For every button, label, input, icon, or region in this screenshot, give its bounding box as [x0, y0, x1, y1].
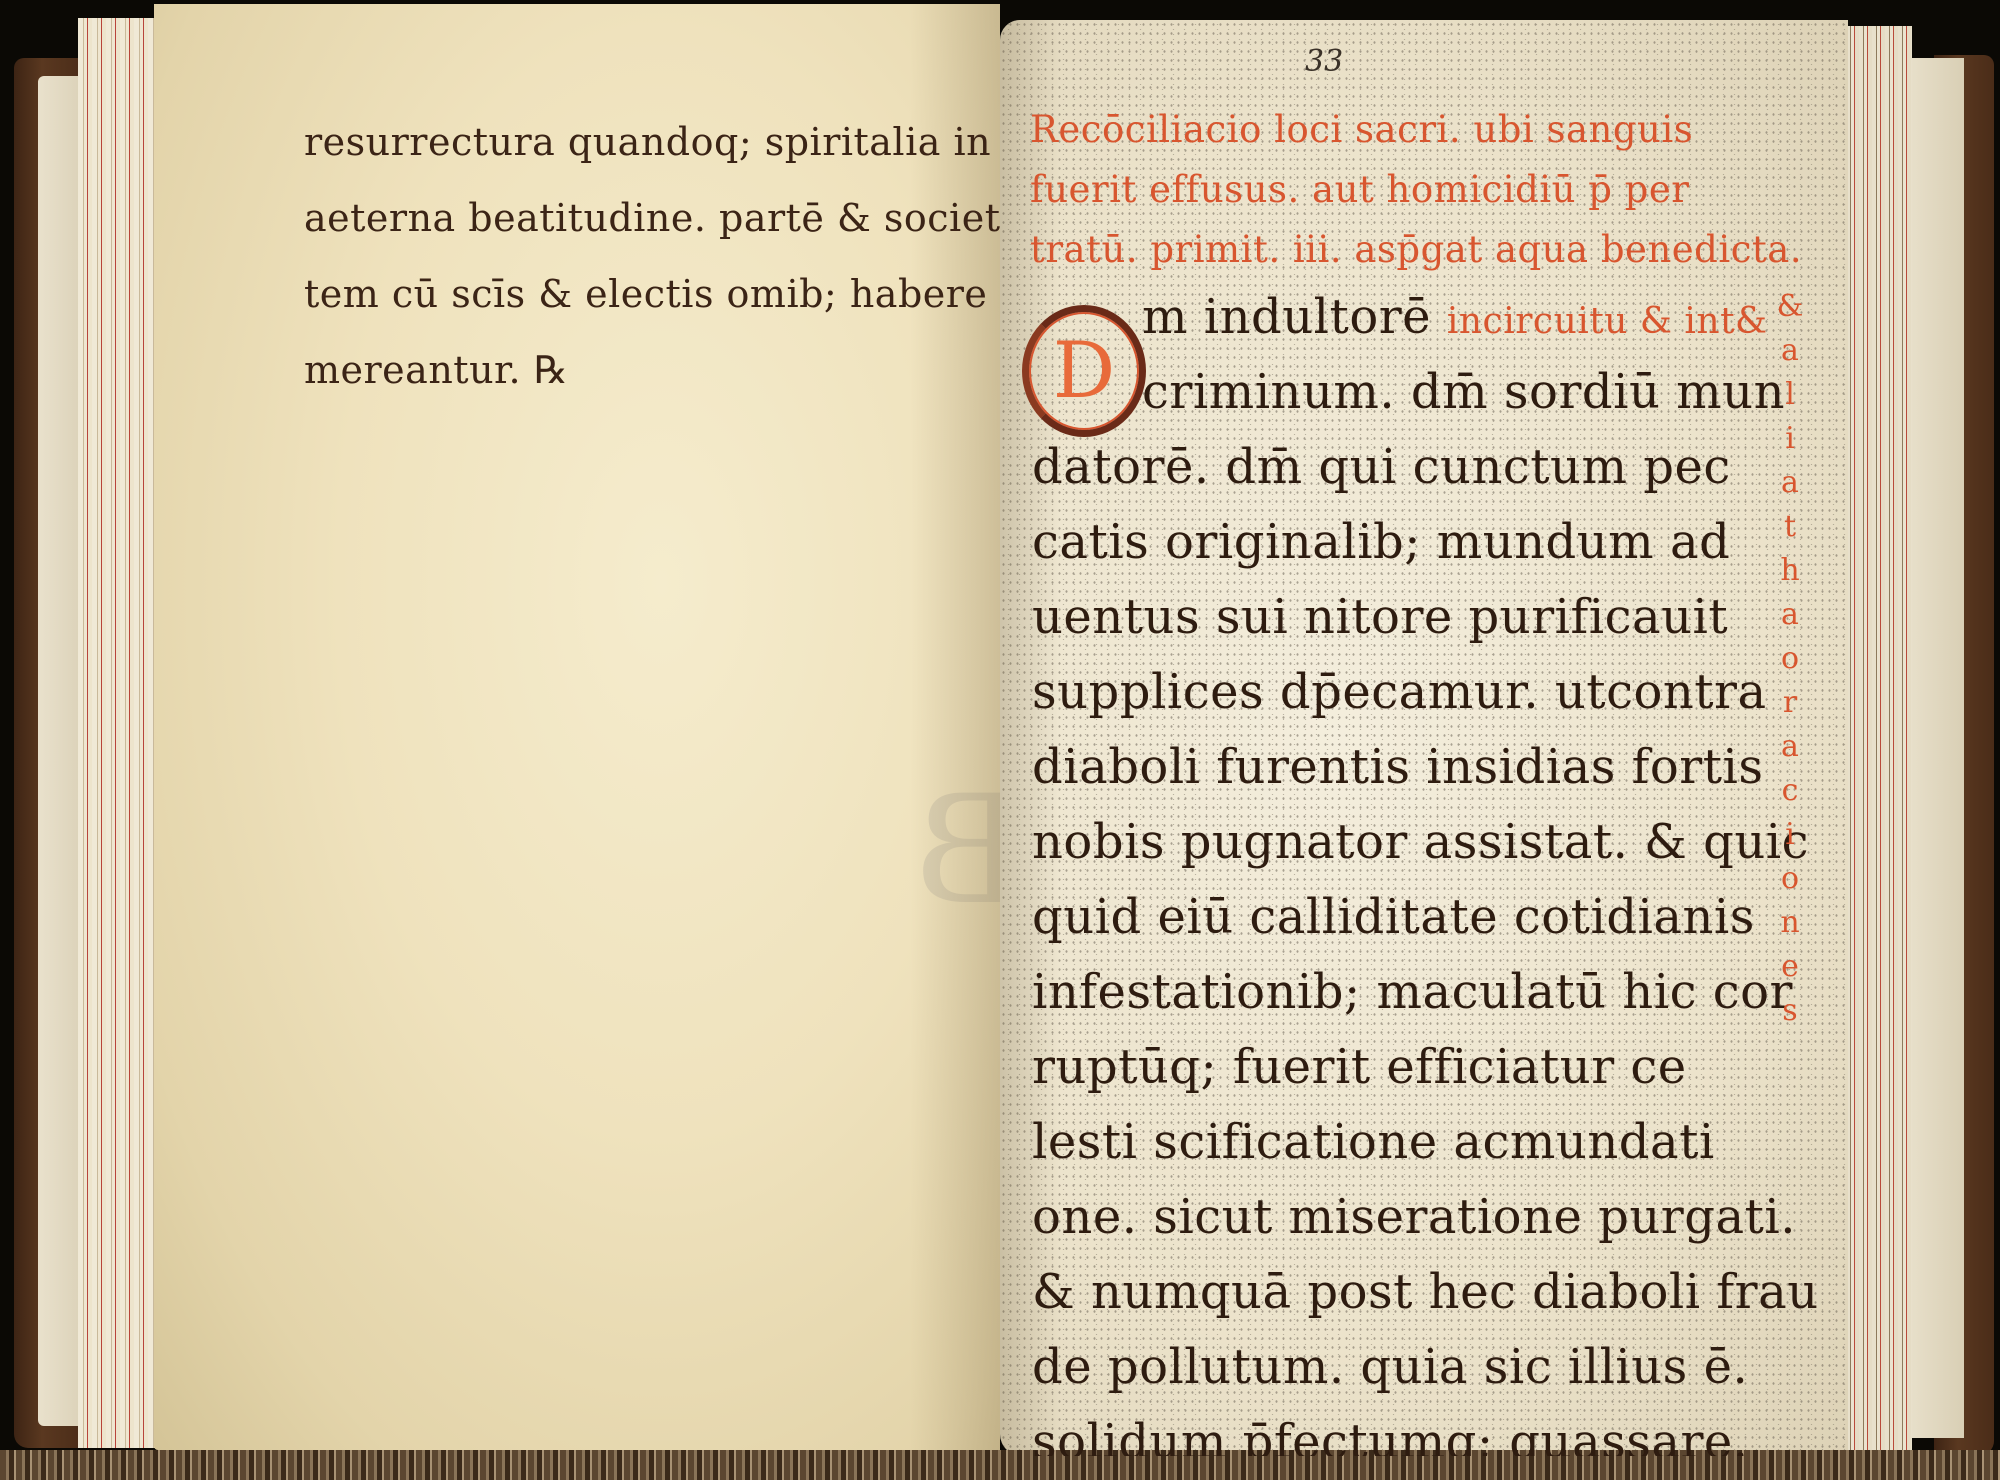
margin-letter: e — [1770, 945, 1810, 989]
text-line: resurrectura quandoq; spiritalia in — [304, 104, 1000, 180]
margin-letter: l — [1770, 373, 1810, 417]
text-line: ruptūq; fuerit efficiatur ce — [1032, 1030, 1819, 1105]
folio-number: 33 — [1305, 44, 1343, 79]
text-line: uentus sui nitore purificauit — [1032, 580, 1819, 655]
left-page: B resurrectura quandoq; spiritalia in ae… — [154, 4, 1000, 1450]
margin-letter: h — [1770, 549, 1810, 593]
margin-letter: o — [1770, 637, 1810, 681]
decorated-initial: D — [1022, 305, 1146, 437]
text-line: lesti scificatione acmundati — [1032, 1105, 1819, 1180]
text-line: aeterna beatitudine. partē & societa — [304, 180, 1000, 256]
text-line: m indultorē incircuitu & int& — [1032, 280, 1819, 355]
page-edges-left — [78, 18, 156, 1448]
page-edges-right — [1846, 26, 1912, 1456]
margin-letter: t — [1770, 505, 1810, 549]
margin-letter: a — [1770, 593, 1810, 637]
text-line: infestationib; maculatū hic cor — [1032, 955, 1819, 1030]
rubric-line: fuerit effusus. aut homicidiū p̄ per — [1030, 160, 1802, 220]
text-line: criminum. dm̄ sordiū mun — [1032, 355, 1819, 430]
margin-letter: i — [1770, 417, 1810, 461]
inline-rubric: incircuitu & int& — [1447, 301, 1768, 342]
margin-letter: i — [1770, 813, 1810, 857]
margin-letter: s — [1770, 989, 1810, 1033]
margin-letter: a — [1770, 329, 1810, 373]
margin-letter: a — [1770, 725, 1810, 769]
rubric-line: tratū. primit. iii. asp̄gat aqua benedic… — [1030, 220, 1802, 280]
margin-letter: o — [1770, 857, 1810, 901]
text-line: mereantur. ℞ — [304, 332, 1000, 408]
text-line: de pollutum. quia sic illius ē. — [1032, 1330, 1819, 1405]
rubric-heading: Recōciliacio loci sacri. ubi sanguis fue… — [1030, 100, 1802, 280]
right-page: 33 Recōciliacio loci sacri. ubi sanguis … — [1000, 20, 1848, 1456]
text-line: solidum p̄fectumq; quassare. — [1032, 1405, 1819, 1456]
text-span: m indultorē — [1142, 289, 1431, 345]
margin-rubric-vertical: & a l i a t h a o r a c i o n e s — [1770, 285, 1810, 1033]
text-line: nobis pugnator assistat. & quic — [1032, 805, 1819, 880]
text-line: tem cū scīs & electis omib; habere — [304, 256, 1000, 332]
margin-letter: c — [1770, 769, 1810, 813]
text-line: diaboli furentis insidias fortis — [1032, 730, 1819, 805]
margin-letter: a — [1770, 461, 1810, 505]
rubric-line: Recōciliacio loci sacri. ubi sanguis — [1030, 100, 1802, 160]
text-line: one. sicut miseratione purgati. — [1032, 1180, 1819, 1255]
margin-letter: & — [1770, 285, 1810, 329]
left-page-text: resurrectura quandoq; spiritalia in aete… — [304, 104, 1000, 408]
text-line: supplices dp̄ecamur. utcontra — [1032, 655, 1819, 730]
text-line: datorē. dm̄ qui cunctum pec — [1032, 430, 1819, 505]
prayer-text: m indultorē incircuitu & int& criminum. … — [1032, 280, 1819, 1456]
text-line: & numquā post hec diaboli frau — [1032, 1255, 1819, 1330]
text-line: catis originalib; mundum ad — [1032, 505, 1819, 580]
margin-letter: n — [1770, 901, 1810, 945]
endleaf-right — [1904, 58, 1964, 1438]
text-line: quid eiū calliditate cotidianis — [1032, 880, 1819, 955]
margin-letter: r — [1770, 681, 1810, 725]
show-through-initial: B — [914, 764, 1000, 938]
